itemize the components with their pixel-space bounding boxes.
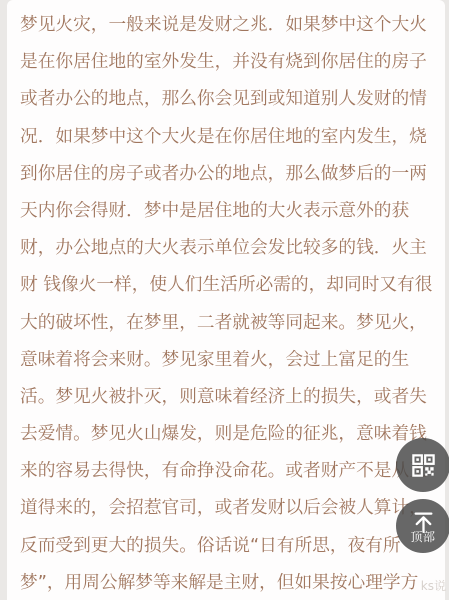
article-card: 梦见火灾，一般来说是发财之兆．如果梦中这个大火 是在你居住地的室外发生，并没有烧… (7, 0, 445, 600)
text-line: 道得来的，会招惹官司，或者发财以后会被人算计， (20, 490, 432, 527)
text-line: 去爱情。梦见火山爆发，则是危险的征兆，意味着钱 (20, 416, 432, 453)
text-line: 财，办公地点的大火表示单位会发比较多的钱．火主 (20, 230, 432, 267)
dream-interpretation-text: 梦见火灾，一般来说是发财之兆．如果梦中这个大火 是在你居住地的室外发生，并没有烧… (20, 7, 432, 600)
text-line: 来的容易去得快，有命挣没命花。或者财产不是从正 (20, 453, 432, 490)
text-line: 梦”，用周公解梦等来解是主财，但如果按心理学方 (20, 565, 432, 600)
dream-interpretation-page: 梦见火灾，一般来说是发财之兆．如果梦中这个大火 是在你居住地的室外发生，并没有烧… (0, 0, 449, 600)
watermark: ks说 (421, 577, 446, 594)
text-line: 况．如果梦中这个大火是在你居住地的室内发生，烧 (20, 119, 432, 156)
text-line: 活。梦见火被扑灭，则意味着经济上的损失，或者失 (20, 379, 432, 416)
text-line: 反而受到更大的损失。俗话说“日有所思，夜有所 (20, 528, 432, 565)
text-line: 财 钱像火一样，使人们生活所必需的，却同时又有很 (20, 267, 432, 304)
text-line: 天内你会得财．梦中是居住地的大火表示意外的获 (20, 193, 432, 230)
text-line: 大的破坏性，在梦里，二者就被等同起来。梦见火， (20, 305, 432, 342)
text-line: 梦见火灾，一般来说是发财之兆．如果梦中这个大火 (20, 7, 432, 44)
back-to-top-button[interactable]: 顶部 (396, 499, 449, 553)
text-line: 是在你居住地的室外发生，并没有烧到你居住的房子 (20, 44, 432, 81)
text-line: 到你居住的房子或者办公的地点，那么做梦后的一两 (20, 156, 432, 193)
text-line: 或者办公的地点，那么你会见到或知道别人发财的情 (20, 81, 432, 118)
text-line: 意味着将会来财。梦见家里着火，会过上富足的生 (20, 342, 432, 379)
back-to-top-label: 顶部 (410, 531, 435, 544)
qr-code-icon (410, 452, 437, 479)
qr-code-button[interactable] (396, 438, 449, 492)
